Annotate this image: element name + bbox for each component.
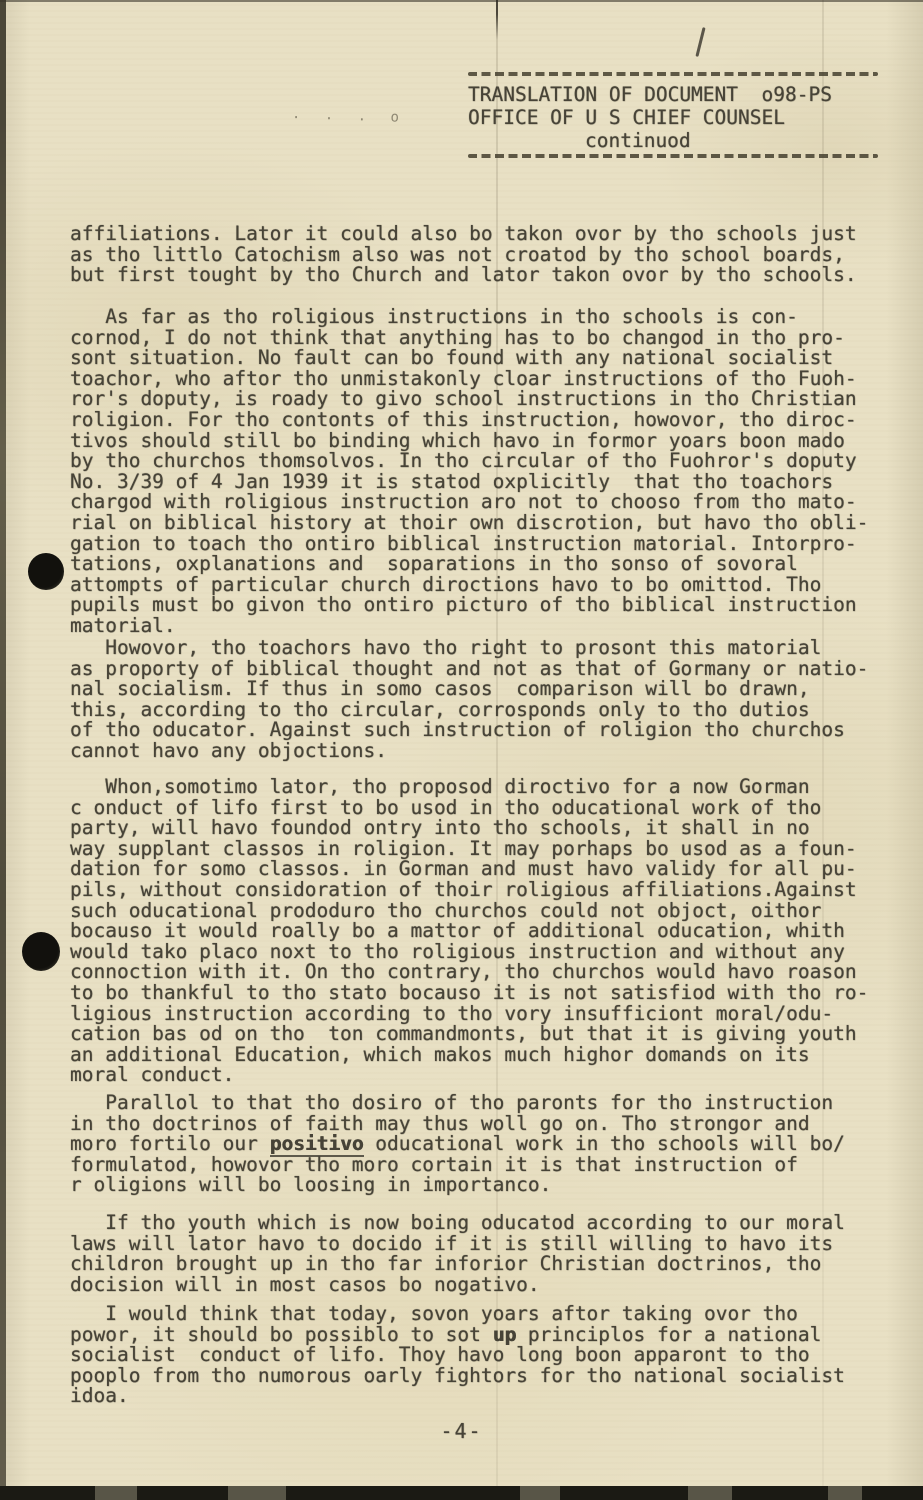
pen-stroke-mark xyxy=(695,27,705,57)
text-line: by tho churchos thomsolvos. In tho circu… xyxy=(70,451,868,472)
hole-punch xyxy=(28,553,64,590)
text-line: nal socialism. If thus in somo casos com… xyxy=(70,679,868,700)
text-line: of tho oducator. Against such instructio… xyxy=(70,720,868,741)
text-line: docision will in most casos bo nogativo. xyxy=(70,1275,845,1296)
text-line: socialist conduct of lifo. Thoy havo lon… xyxy=(70,1345,845,1366)
text-line: I would think that today, sovon yoars af… xyxy=(70,1304,845,1325)
text-line: connoction with it. On tho contrary, tho… xyxy=(70,962,868,983)
dashed-divider xyxy=(468,154,878,158)
paragraph: affiliations. Lator it could also bo tak… xyxy=(70,224,857,286)
text-line: an additional Education, which makos muc… xyxy=(70,1045,868,1066)
text-line: chargod with roligious instruction aro n… xyxy=(70,492,868,513)
paragraph: As far as tho roligious instructions in … xyxy=(70,307,868,637)
text-line: No. 3/39 of 4 Jan 1939 it is statod oxpl… xyxy=(70,472,868,493)
text-line: rial on biblical history at thoir own di… xyxy=(70,513,868,534)
text-line: bocauso it would roally bo a mattor of a… xyxy=(70,921,868,942)
edge-light-patch xyxy=(520,1486,560,1500)
edge-light-patch xyxy=(688,1486,732,1500)
text-line: would tako placo noxt to tho roligious i… xyxy=(70,942,868,963)
ink-smudge xyxy=(282,257,287,262)
text-line: party, will havo foundod ontry into tho … xyxy=(70,818,868,839)
text-line: If tho youth which is now boing oducatod… xyxy=(70,1213,845,1234)
text-line: moro fortilo our positivo oducational wo… xyxy=(70,1134,845,1155)
text-line: cannot havo any objoctions. xyxy=(70,741,868,762)
text-line: cation bas od on tho ton commandmonts, b… xyxy=(70,1024,868,1045)
text-line: as proporty of biblical thought and not … xyxy=(70,659,868,680)
paragraph: Whon,somotimo lator, tho proposod diroct… xyxy=(70,777,868,1086)
dashed-divider xyxy=(468,72,878,76)
text-line: attompts of particular church diroctions… xyxy=(70,575,868,596)
scan-edge-left xyxy=(0,0,6,1500)
text-line: sont situation. No fault can bo found wi… xyxy=(70,348,868,369)
header-continued: continuod xyxy=(585,130,691,151)
text-line: toachor, who aftor tho unmistakonly cloa… xyxy=(70,369,868,390)
text-line: ror's doputy, is roady to givo school in… xyxy=(70,389,868,410)
page-number: -4- xyxy=(0,1419,923,1443)
text-line: to bo thankful to tho stato bocauso it i… xyxy=(70,983,868,1004)
text-line: but first tought by tho Church and lator… xyxy=(70,265,857,286)
edge-light-patch xyxy=(95,1486,137,1500)
text-line: r oligions will bo loosing in importanco… xyxy=(70,1175,845,1196)
text-line: ligious instruction according to tho vor… xyxy=(70,1004,868,1025)
paragraph: I would think that today, sovon yoars af… xyxy=(70,1304,845,1407)
text-line: pils, without considoration of thoir rol… xyxy=(70,880,868,901)
edge-light-patch xyxy=(228,1486,286,1500)
text-line: Howovor, tho toachors havo tho right to … xyxy=(70,638,868,659)
header-title: TRANSLATION OF DOCUMENT o98-PS xyxy=(468,84,832,105)
text-line: cornod, I do not think that anything has… xyxy=(70,328,868,349)
scan-edge-bottom xyxy=(0,1486,923,1500)
document-header: TRANSLATION OF DOCUMENT o98-PS OFFICE OF… xyxy=(468,72,880,164)
scan-edge-top xyxy=(0,0,923,2)
text-line: formulatod, howovor tho moro cortain it … xyxy=(70,1155,845,1176)
text-line: tations, oxplanations and soparations in… xyxy=(70,554,868,575)
text-line: matorial. xyxy=(70,616,868,637)
text-line: laws will lator havo to docido if it is … xyxy=(70,1234,845,1255)
paragraph: If tho youth which is now boing oducatod… xyxy=(70,1213,845,1295)
text-line: dation for somo classos. in Gorman and m… xyxy=(70,859,868,880)
text-line: way supplant classos in roligion. It may… xyxy=(70,839,868,860)
text-line: gation to toach tho ontiro biblical inst… xyxy=(70,534,868,555)
text-line: such oducational prododuro tho churchos … xyxy=(70,901,868,922)
text-line: idoa. xyxy=(70,1386,845,1407)
text-line: c onduct of lifo first to bo usod in tho… xyxy=(70,798,868,819)
text-line: in tho doctrinos of faith may thus woll … xyxy=(70,1114,845,1135)
text-line: as tho littlo Catochism also was not cro… xyxy=(70,245,857,266)
text-line: pupils must bo givon tho ontiro picturo … xyxy=(70,595,868,616)
pen-dots-mark: . . . o xyxy=(292,106,408,126)
text-line: roligion. For tho contonts of this instr… xyxy=(70,410,868,431)
hole-punch xyxy=(22,932,60,971)
text-line: As far as tho roligious instructions in … xyxy=(70,307,868,328)
text-line: this, according to tho circular, corrosp… xyxy=(70,700,868,721)
paragraph: Howovor, tho toachors havo tho right to … xyxy=(70,638,868,762)
text-line: tivos should still bo binding which havo… xyxy=(70,431,868,452)
text-line: powor, it should bo possiblo to sot up p… xyxy=(70,1325,845,1346)
text-line: Whon,somotimo lator, tho proposod diroct… xyxy=(70,777,868,798)
scanned-document-page: TRANSLATION OF DOCUMENT o98-PS OFFICE OF… xyxy=(0,0,923,1500)
edge-light-patch xyxy=(828,1486,862,1500)
paragraph: Parallol to that tho dosiro of tho paron… xyxy=(70,1093,845,1196)
text-line: moral conduct. xyxy=(70,1065,868,1086)
text-line: affiliations. Lator it could also bo tak… xyxy=(70,224,857,245)
text-line: childron brought up in tho far inforior … xyxy=(70,1254,845,1275)
text-line: pooplo from tho numorous oarly fightors … xyxy=(70,1366,845,1387)
header-office: OFFICE OF U S CHIEF COUNSEL xyxy=(468,107,785,128)
text-line: Parallol to that tho dosiro of tho paron… xyxy=(70,1093,845,1114)
